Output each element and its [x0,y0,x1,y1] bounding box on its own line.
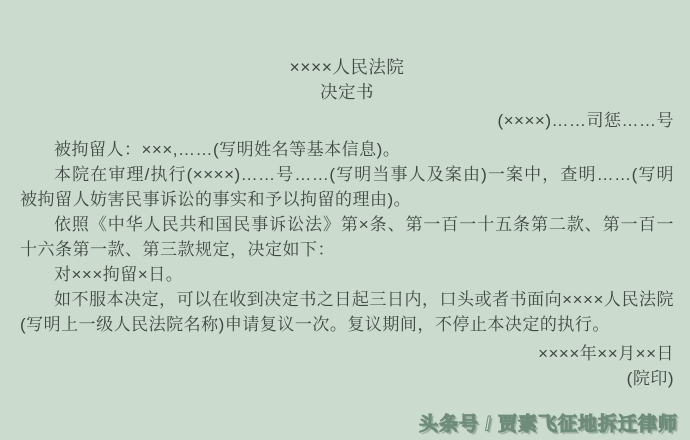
decision-letter: ××××人民法院 决定书 (××××)……司惩……号 被拘留人：×××,……(写… [0,0,690,391]
date-line: ××××年××月××日 [20,341,674,366]
paragraph-appeal-rights: 如不服本决定，可以在收到决定书之日起三日内，口头或者书面向××××人民法院(写明… [20,287,674,337]
document-page: ××××人民法院 决定书 (××××)……司惩……号 被拘留人：×××,……(写… [0,0,690,440]
paragraph-case-findings: 本院在审理/执行(××××)……号……(写明当事人及案由)一案中，查明……(写明… [20,162,674,212]
paragraph-decision: 对×××拘留×日。 [20,262,674,287]
paragraph-legal-basis: 依照《中华人民共和国民事诉讼法》第×条、第一百一十五条第二款、第一百一十六条第一… [20,212,674,262]
toutiao-author-watermark: 头条号 / 贾素飞征地拆迁律师 [419,409,678,436]
signature-block: ××××年××月××日 (院印) [20,341,674,391]
court-seal-placeholder: (院印) [20,366,674,391]
court-title: ××××人民法院 [20,55,674,80]
paragraph-detainee-info: 被拘留人：×××,……(写明姓名等基本信息)。 [20,137,674,162]
document-type-title: 决定书 [20,80,674,105]
document-number: (××××)……司惩……号 [20,108,674,133]
